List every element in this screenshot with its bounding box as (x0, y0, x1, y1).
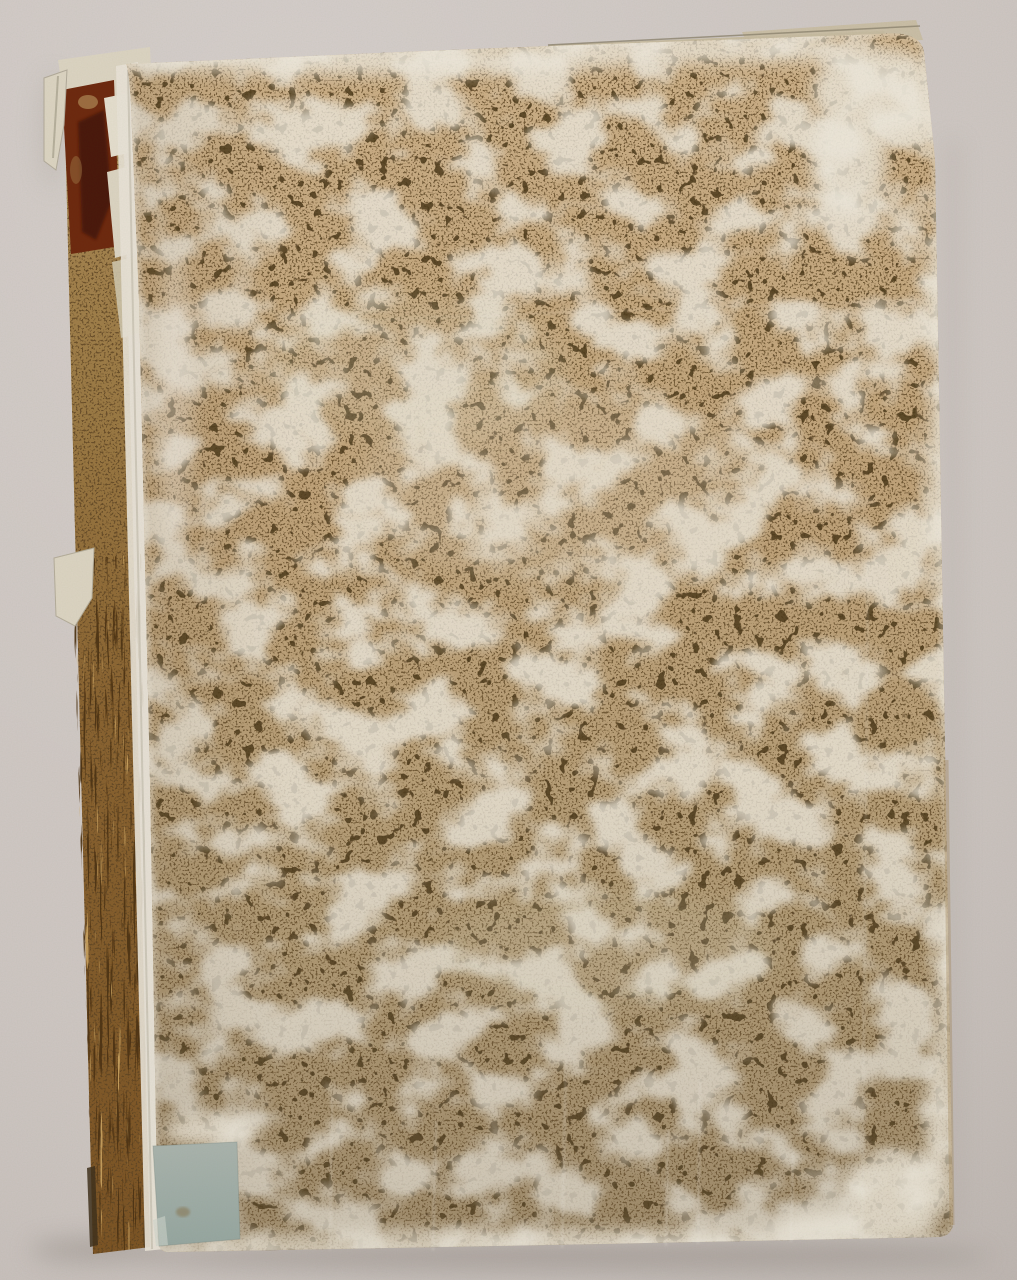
book-photograph (0, 0, 1017, 1280)
photo-stage (0, 0, 1017, 1280)
book (0, 0, 1017, 1280)
photo-grain (0, 0, 1017, 1280)
